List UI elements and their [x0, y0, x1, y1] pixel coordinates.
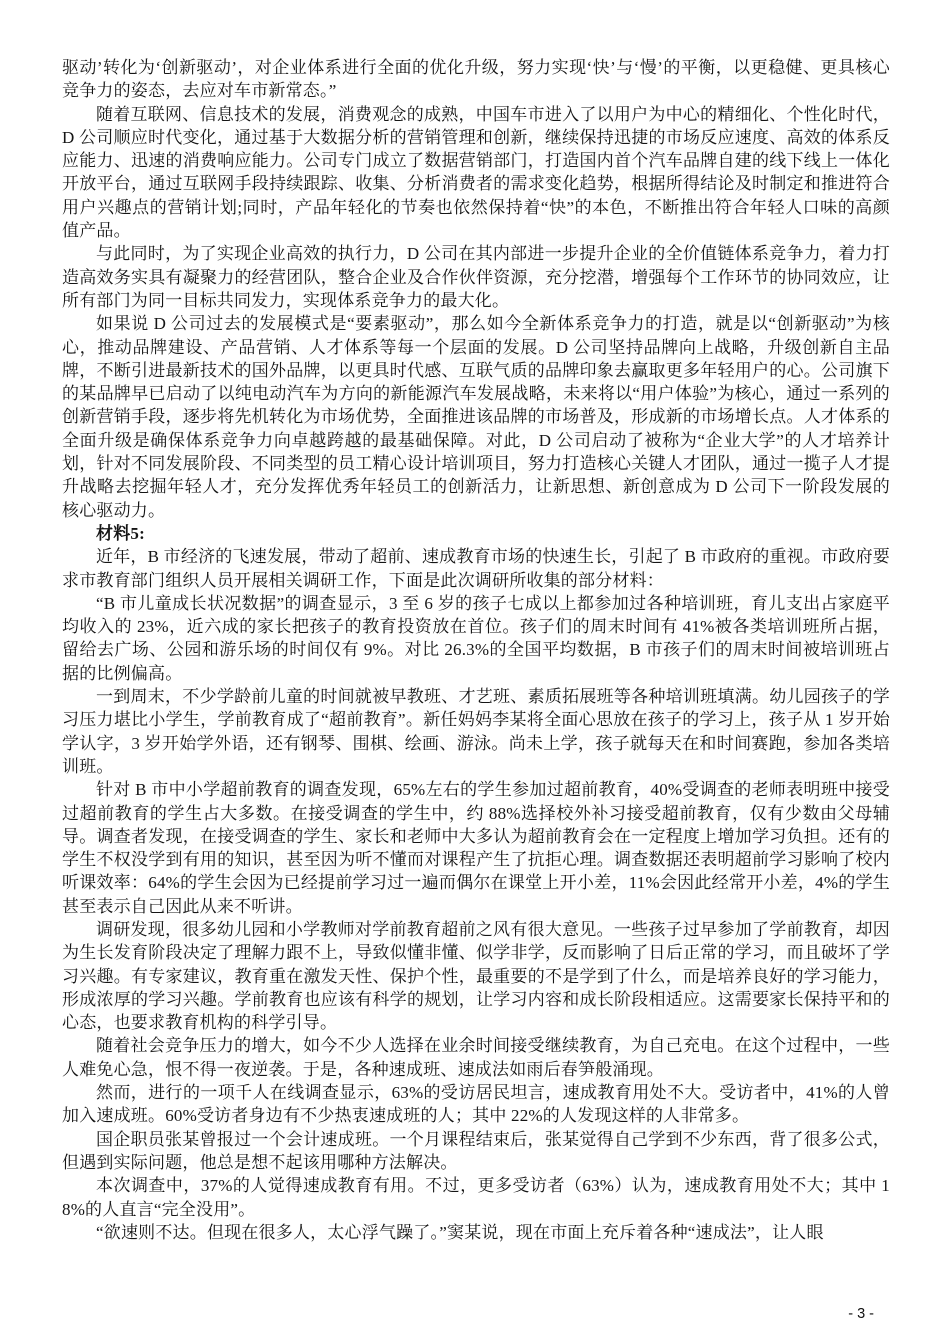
paragraph: 然而，进行的一项千人在线调查显示，63%的受访居民坦言，速成教育用处不大。受访者… [62, 1081, 890, 1128]
material-heading: 材料5: [62, 522, 890, 545]
paragraph: 针对 B 市中小学超前教育的调查发现，65%左右的学生参加过超前教育，40%受调… [62, 778, 890, 918]
paragraph: 本次调查中，37%的人觉得速成教育有用。不过，更多受访者（63%）认为，速成教育… [62, 1174, 890, 1221]
paragraph: 驱动’转化为‘创新驱动’，对企业体系进行全面的优化升级，努力实现‘快’与‘慢’的… [62, 56, 890, 103]
paragraph: 调研发现，很多幼儿园和小学教师对学前教育超前之风有很大意见。一些孩子过早参加了学… [62, 918, 890, 1034]
paragraph: 与此同时，为了实现企业高效的执行力，D 公司在其内部进一步提升企业的全价值链体系… [62, 242, 890, 312]
paragraph: 国企职员张某曾报过一个会计速成班。一个月课程结束后，张某觉得自己学到不少东西，背… [62, 1128, 890, 1175]
paragraph: “欲速则不达。但现在很多人，太心浮气躁了。”窦某说，现在市面上充斥着各种“速成法… [62, 1221, 890, 1244]
paragraph: “B 市儿童成长状况数据”的调查显示，3 至 6 岁的孩子七成以上都参加过各种培… [62, 592, 890, 685]
paragraph: 近年，B 市经济的飞速发展，带动了超前、速成教育市场的快速生长，引起了 B 市政… [62, 545, 890, 592]
paragraph: 随着互联网、信息技术的发展，消费观念的成熟，中国车市进入了以用户为中心的精细化、… [62, 103, 890, 243]
document-page: 驱动’转化为‘创新驱动’，对企业体系进行全面的优化升级，努力实现‘快’与‘慢’的… [0, 0, 950, 1344]
paragraph: 如果说 D 公司过去的发展模式是“要素驱动”，那么如今全新体系竞争力的打造，就是… [62, 312, 890, 522]
paragraph: 一到周末，不少学龄前儿童的时间就被早教班、才艺班、素质拓展班等各种培训班填满。幼… [62, 685, 890, 778]
paragraph: 随着社会竞争压力的增大，如今不少人选择在业余时间接受继续教育，为自己充电。在这个… [62, 1034, 890, 1081]
page-number: - 3 - [0, 1306, 950, 1322]
document-body: 驱动’转化为‘创新驱动’，对企业体系进行全面的优化升级，努力实现‘快’与‘慢’的… [62, 56, 890, 1244]
